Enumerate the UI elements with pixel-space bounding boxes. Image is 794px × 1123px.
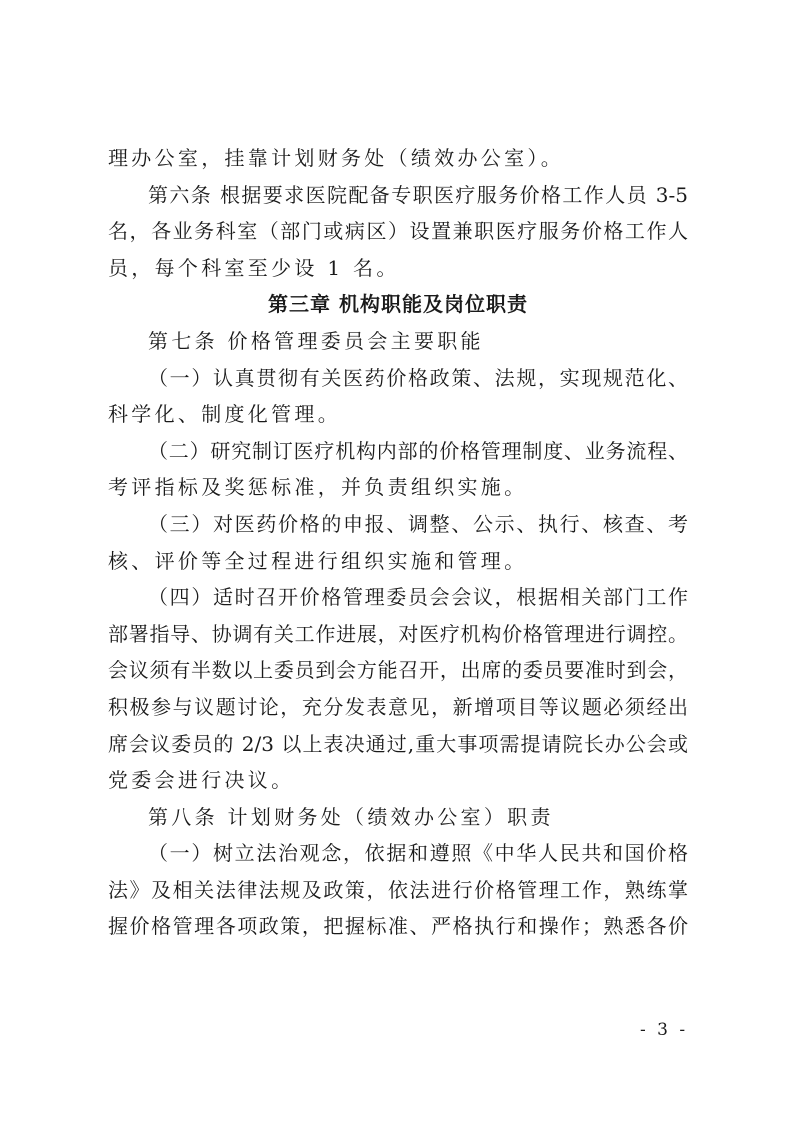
document-page: 理办公室，挂靠计划财务处（绩效办公室）。第六条 根据要求医院配备专职医疗服务价格… bbox=[108, 140, 688, 945]
paragraph-block-2: 第七条 价格管理委员会主要职能（一）认真贯彻有关医药价格政策、法规，实现规范化、… bbox=[108, 323, 688, 945]
text-line: 第六条 根据要求医院配备专职医疗服务价格工作人员 3-5 bbox=[108, 177, 688, 214]
page-number: - 3 - bbox=[640, 1020, 688, 1040]
paragraph-block-1: 理办公室，挂靠计划财务处（绩效办公室）。第六条 根据要求医院配备专职医疗服务价格… bbox=[108, 140, 688, 286]
text-line: 会议须有半数以上委员到会方能召开，出席的委员要准时到会， bbox=[108, 652, 688, 689]
text-line: 法》及相关法律法规及政策，依法进行价格管理工作，熟练掌 bbox=[108, 872, 688, 909]
text-line: （二）研究制订医疗机构内部的价格管理制度、业务流程、 bbox=[108, 433, 688, 470]
text-line: 理办公室，挂靠计划财务处（绩效办公室）。 bbox=[108, 140, 688, 177]
text-line: 积极参与议题讨论，充分发表意见，新增项目等议题必须经出 bbox=[108, 689, 688, 726]
text-line: （四）适时召开价格管理委员会会议，根据相关部门工作 bbox=[108, 579, 688, 616]
text-line: （一）树立法治观念，依据和遵照《中华人民共和国价格 bbox=[108, 835, 688, 872]
text-line: 部署指导、协调有关工作进展，对医疗机构价格管理进行调控。 bbox=[108, 616, 688, 653]
text-line: 党委会进行决议。 bbox=[108, 762, 688, 799]
text-line: 员，每个科室至少设 1 名。 bbox=[108, 250, 688, 287]
text-line: 考评指标及奖惩标准，并负责组织实施。 bbox=[108, 469, 688, 506]
text-line: 科学化、制度化管理。 bbox=[108, 396, 688, 433]
text-line: 第七条 价格管理委员会主要职能 bbox=[108, 323, 688, 360]
text-line: 握价格管理各项政策，把握标准、严格执行和操作；熟悉各价 bbox=[108, 908, 688, 945]
chapter-heading: 第三章 机构职能及岗位职责 bbox=[108, 286, 688, 323]
text-line: 名，各业务科室（部门或病区）设置兼职医疗服务价格工作人 bbox=[108, 213, 688, 250]
text-line: 第八条 计划财务处（绩效办公室）职责 bbox=[108, 799, 688, 836]
text-line: 核、评价等全过程进行组织实施和管理。 bbox=[108, 543, 688, 580]
text-line: （三）对医药价格的申报、调整、公示、执行、核查、考 bbox=[108, 506, 688, 543]
text-line: 席会议委员的 2/3 以上表决通过,重大事项需提请院长办公会或 bbox=[108, 726, 688, 763]
text-line: （一）认真贯彻有关医药价格政策、法规，实现规范化、 bbox=[108, 360, 688, 397]
